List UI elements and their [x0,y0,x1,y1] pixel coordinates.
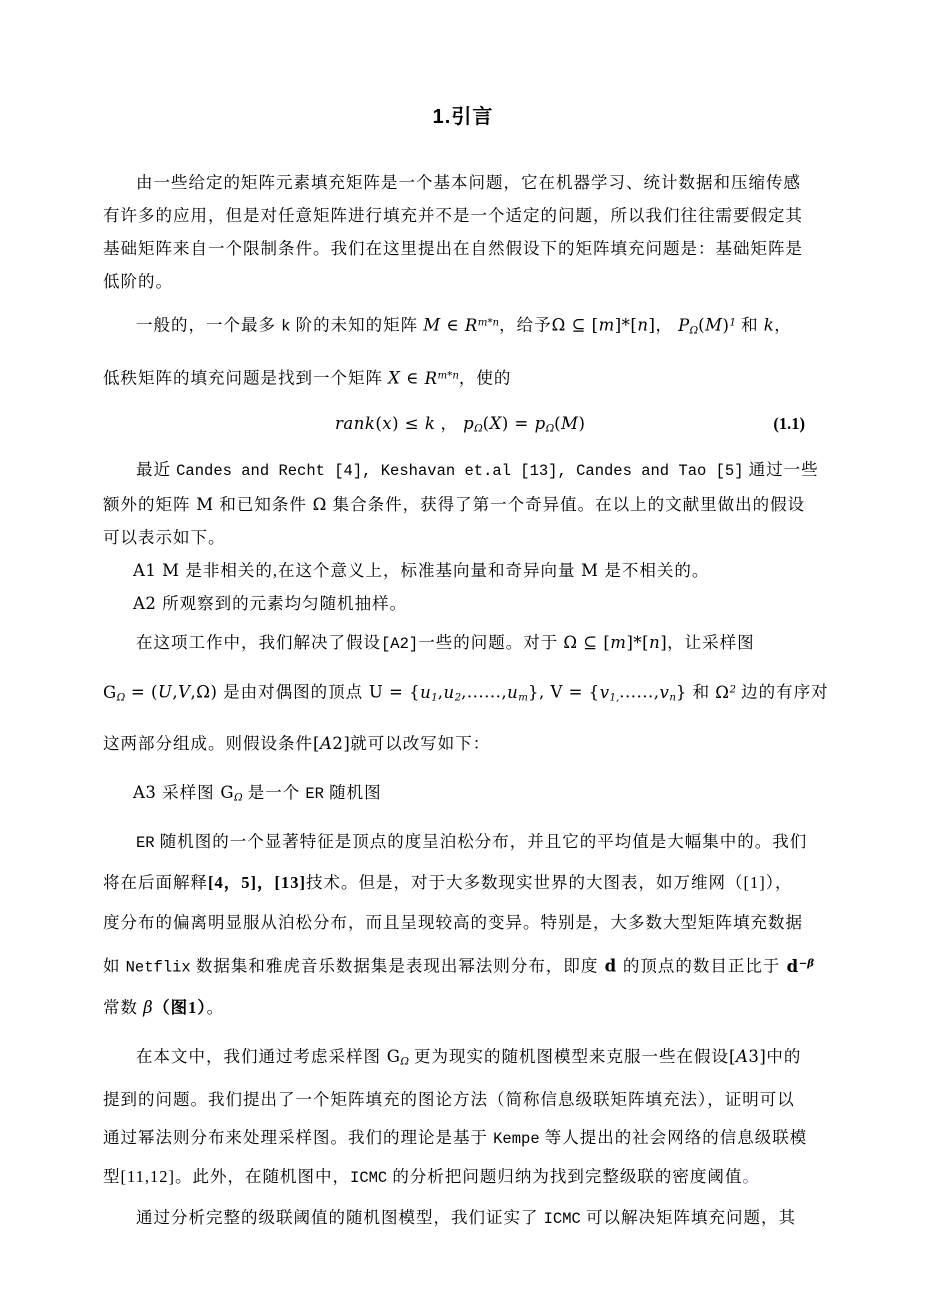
text-line: 额外的矩阵 M 和已知条件 Ω 集合条件，获得了第一个奇异值。在以上的文献里做出… [103,488,823,521]
text-line: 最近 Candes and Recht [4], Keshavan et.al … [103,453,823,488]
text-line: (1.1)rank(x) ≤ k ， pΩ(X) = pΩ(M) [103,401,823,452]
paragraph-a1: A1 M 是非相关的,在这个意义上，标准基向量和奇异向量 M 是不相关的。 [103,554,823,587]
text-line: A2 所观察到的元素均匀随机抽样。 [103,587,823,620]
text-line: 将在后面解释[4，5]，[13]技术。但是，对于大多数现实世界的大图表，如万维网… [103,863,823,903]
text-line: 基础矩阵来自一个限制条件。我们在这里提出在自然假设下的矩阵填充问题是：基础矩阵是 [103,232,823,265]
text-line: 度分布的偏离明显服从泊松分布，而且呈现较高的变异。特别是，大多数大型矩阵填充数据 [103,903,823,943]
paragraph-p6: ER 随机图的一个显著特征是顶点的度呈泊松分布，并且它的平均值是大幅集中的。我们… [103,822,823,1028]
text-line: 由一些给定的矩阵元素填充矩阵是一个基本问题，它在机器学习、统计数据和压缩传感 [103,166,823,199]
text-line: 在这项工作中，我们解决了假设[A2]一些的问题。对于 Ω ⊆ [m]*[n]，让… [103,620,823,667]
equation-number: (1.1) [773,401,805,446]
paragraph-a2: A2 所观察到的元素均匀随机抽样。 [103,587,823,620]
text-line: 一般的，一个最多 k 阶的未知的矩阵 M ∈ Rm*n，给予Ω ⊆ [m]*[n… [103,300,823,353]
document-body: 由一些给定的矩阵元素填充矩阵是一个基本问题，它在机器学习、统计数据和压缩传感有许… [103,166,823,1236]
text-line: 通过分析完整的级联阈值的随机图模型，我们证实了 ICMC 可以解决矩阵填充问题，… [103,1201,823,1236]
text-line: A1 M 是非相关的,在这个意义上，标准基向量和奇异向量 M 是不相关的。 [103,554,823,587]
text-line: 如 Netflix 数据集和雅虎音乐数据集是表现出幂法则分布，即度 d 的顶点的… [103,943,823,988]
text-line: 在本文中，我们通过考虑采样图 GΩ 更为现实的随机图模型来克服一些在假设[A3]… [103,1038,823,1082]
text-line: GΩ = (U,V,Ω) 是由对偶图的顶点 U = {u1,u2,......,… [103,667,823,720]
paragraph-p2: 一般的，一个最多 k 阶的未知的矩阵 M ∈ Rm*n，给予Ω ⊆ [m]*[n… [103,300,823,401]
text-line: A3 采样图 GΩ 是一个 ER 随机图 [103,770,823,821]
text-line: 低阶的。 [103,265,823,298]
paragraph-p1: 由一些给定的矩阵元素填充矩阵是一个基本问题，它在机器学习、统计数据和压缩传感有许… [103,166,823,298]
paragraph-eq1: (1.1)rank(x) ≤ k ， pΩ(X) = pΩ(M) [103,401,823,452]
text-line: 型[11,12]。此外，在随机图中，ICMC 的分析把问题归纳为找到完整级联的密… [103,1158,823,1197]
text-line: ER 随机图的一个显著特征是顶点的度呈泊松分布，并且它的平均值是大幅集中的。我们 [103,822,823,863]
paragraph-p4: 在这项工作中，我们解决了假设[A2]一些的问题。对于 Ω ⊆ [m]*[n]，让… [103,620,823,765]
paragraph-p7: 在本文中，我们通过考虑采样图 GΩ 更为现实的随机图模型来克服一些在假设[A3]… [103,1038,823,1198]
text-line: 有许多的应用，但是对任意矩阵进行填充并不是一个适定的问题，所以我们往往需要假定其 [103,199,823,232]
text-line: 可以表示如下。 [103,521,823,554]
paragraph-p3: 最近 Candes and Recht [4], Keshavan et.al … [103,453,823,554]
section-title: 1.引言 [103,102,823,132]
paragraph-p8: 通过分析完整的级联阈值的随机图模型，我们证实了 ICMC 可以解决矩阵填充问题，… [103,1201,823,1236]
text-line: 通过幂法则分布来处理采样图。我们的理论是基于 Kempe 等人提出的社会网络的信… [103,1119,823,1158]
text-line: 常数 β（图1）。 [103,988,823,1028]
text-line: 低秩矩阵的填充问题是找到一个矩阵 X ∈ Rm*n，使的 [103,353,823,401]
document-page: 1.引言 由一些给定的矩阵元素填充矩阵是一个基本问题，它在机器学习、统计数据和压… [0,0,926,1309]
text-line: 这两部分组成。则假设条件[A2]就可以改写如下： [103,721,823,766]
text-line: 提到的问题。我们提出了一个矩阵填充的图论方法（简称信息级联矩阵填充法），证明可以 [103,1081,823,1119]
paragraph-a3: A3 采样图 GΩ 是一个 ER 随机图 [103,770,823,821]
